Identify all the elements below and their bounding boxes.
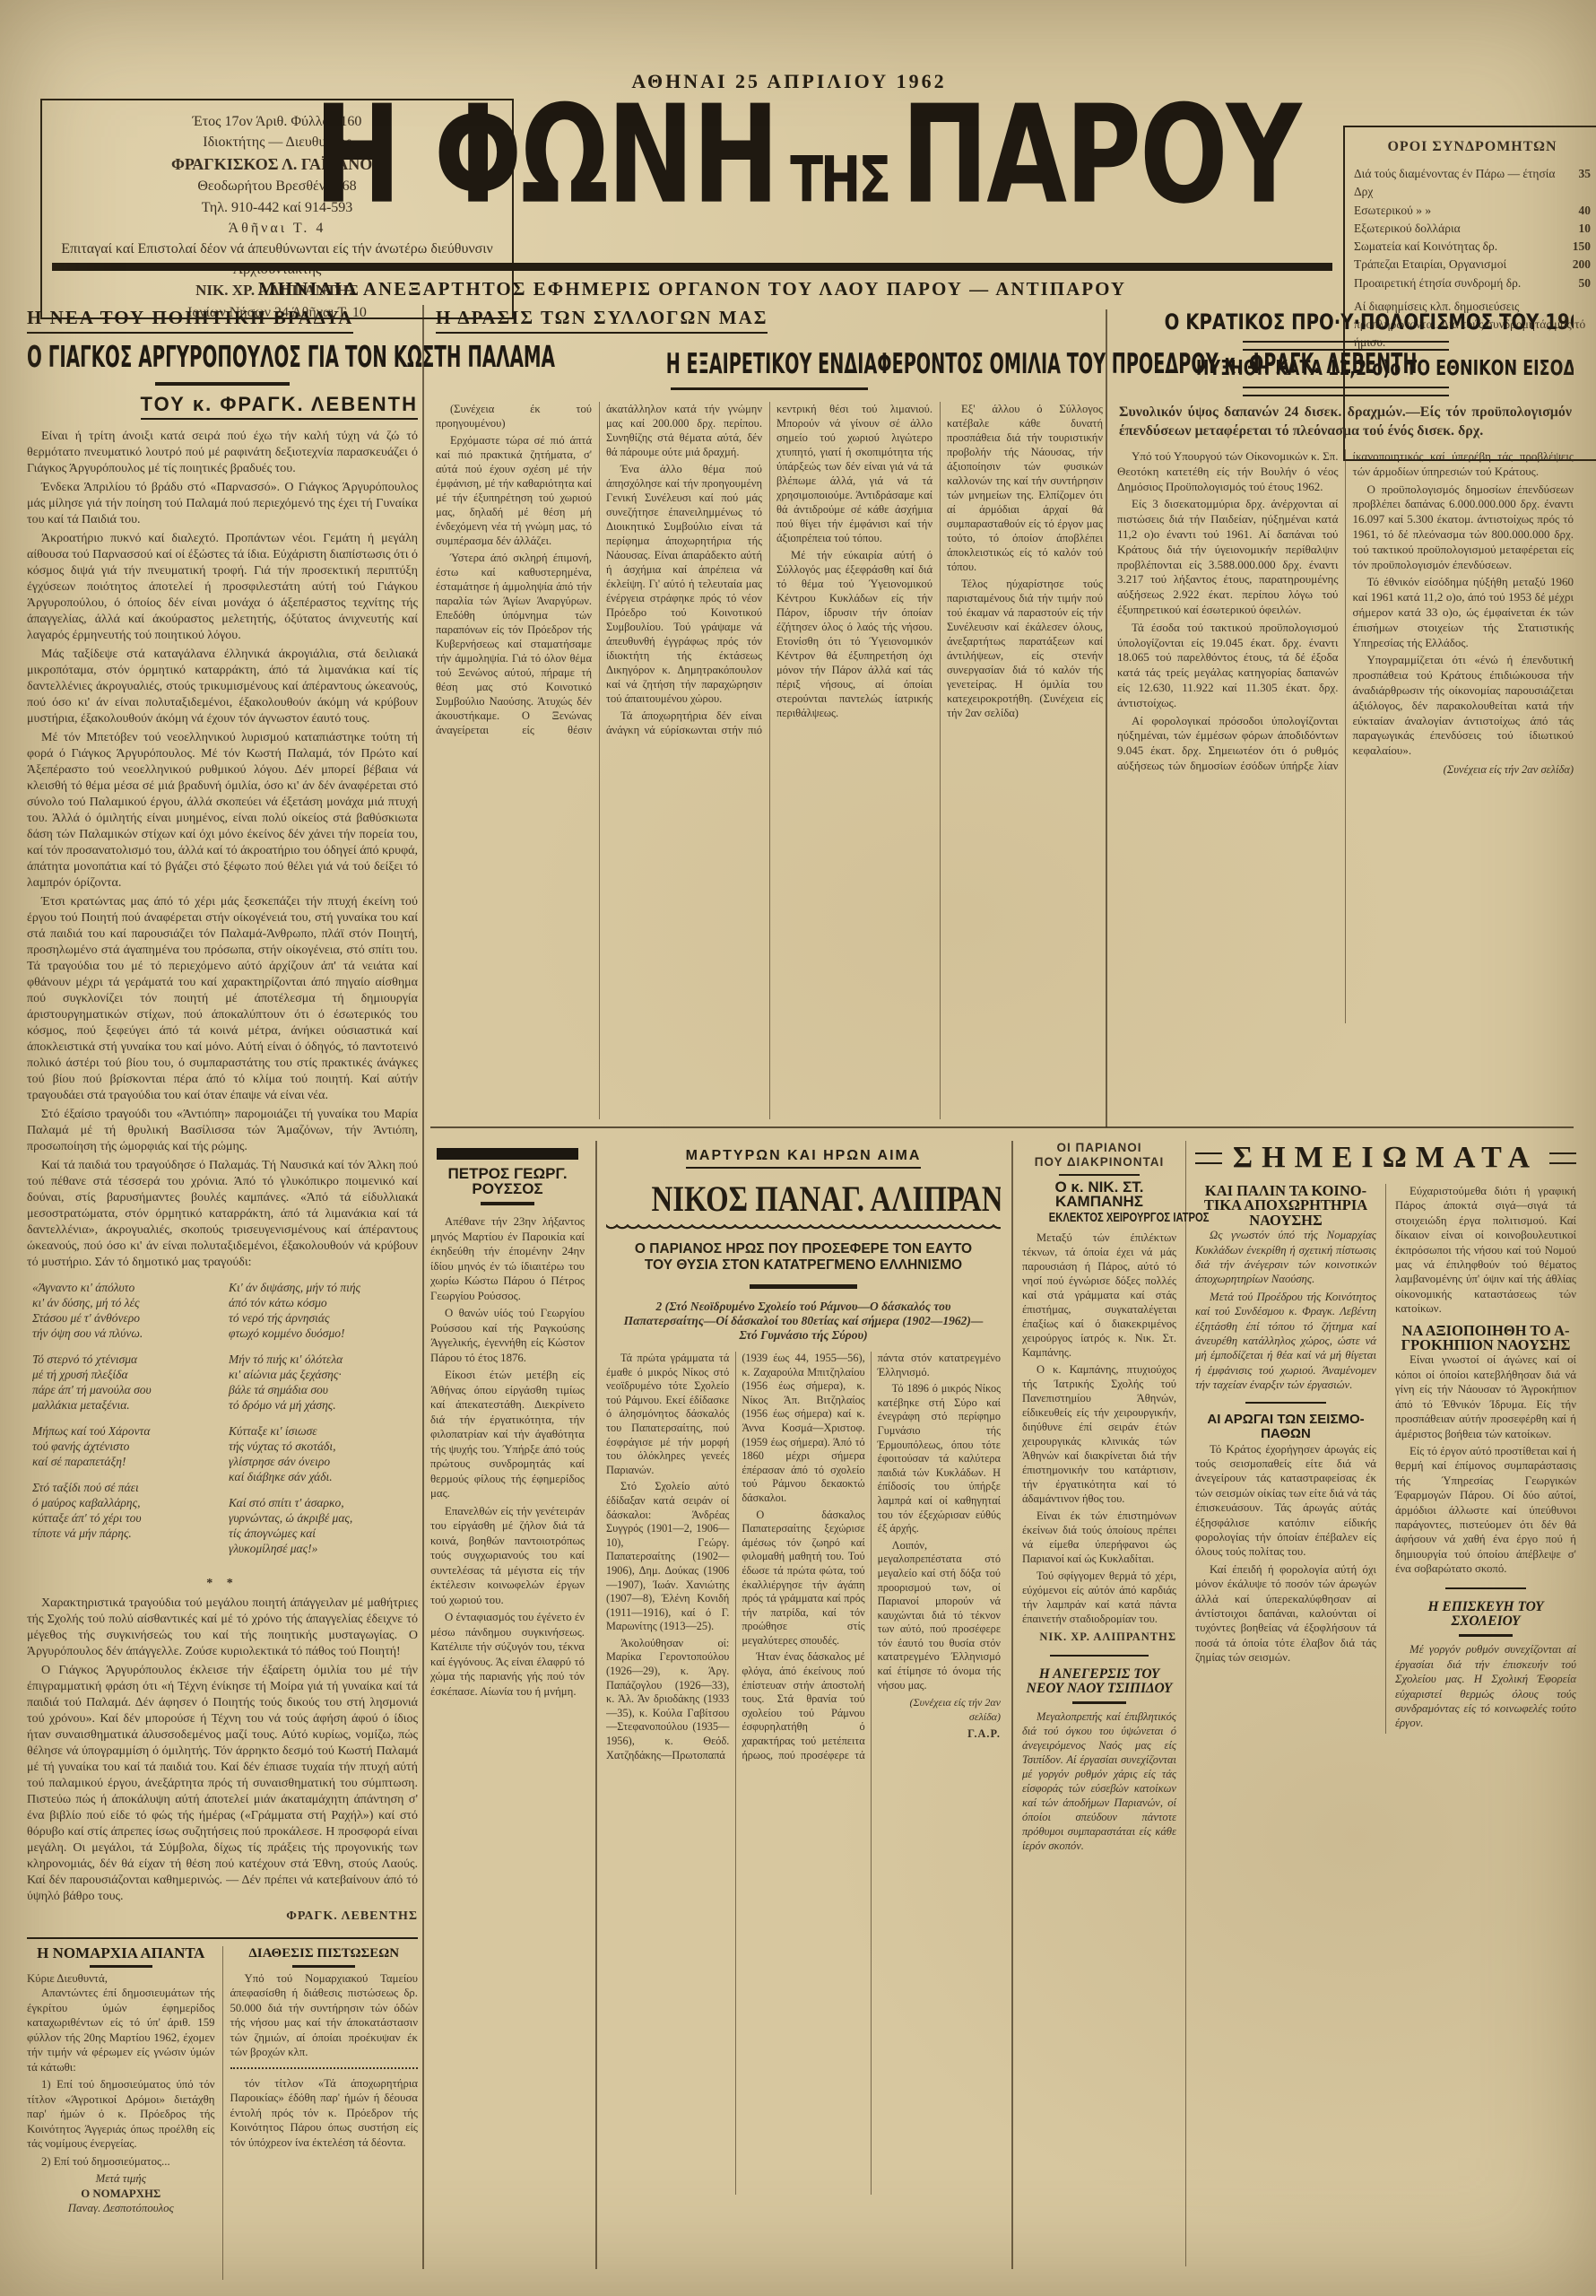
paragraph: Επανελθών είς τήν γενέτειράν του είργάσθ… <box>430 1504 585 1608</box>
simeiomata-title: ΣΗΜΕΙΩΜΑΤΑ <box>1233 1141 1539 1175</box>
subscription-row: Σωματεία καί Κοινότητας δρ.150 <box>1354 238 1591 256</box>
paragraph: Ο δάσκαλος Παπατερσαίτης ξεχώρισε άμέσως… <box>742 1509 864 1648</box>
paragraph: Ο Γιάγκος Άργυρόπουλος έκλεισε τήν έξαίρ… <box>27 1663 418 1905</box>
rule <box>481 1202 534 1205</box>
nomarchia-paragraphs: Απαντώντες έπί δημοσιευμάτων τής έγκρίτο… <box>27 1986 215 2169</box>
paragraph: Απαντώντες έπί δημοσιευμάτων τής έγκρίτο… <box>27 1986 215 2074</box>
article-hero-lead: 2 (Στό Νεοϊδρυμένο Σχολείο τού Ράμνου—Ο … <box>618 1300 989 1343</box>
paragraph: Κι' άν διψάσης, μήν τό πιής άπό τόν κάτω… <box>229 1280 412 1341</box>
paragraph: Τού σφίγγομεν θερμά τό χέρι, εύχόμενοι ε… <box>1022 1569 1176 1626</box>
note-school-title: Η ΕΠΙΣΚΕΥΗ ΤΟΥ ΣΧΟΛΕΙΟΥ <box>1395 1600 1576 1630</box>
agrokipion-paragraphs: Είναι γνωστοί οί άγώνες καί οί κόποι οί … <box>1395 1352 1576 1576</box>
poem-block: «Άγναντο κι' άπόλυτο κι' άν δύσης, μή τό… <box>32 1280 412 1567</box>
rule <box>671 387 868 390</box>
rule <box>1072 1701 1126 1704</box>
section-simeiomata: ΣΗΜΕΙΩΜΑΤΑ ΚΑΙ ΠΑΛΙΝ ΤΑ ΚΟΙΝΟ­ΤΙΚΑ ΑΠΟΧΩ… <box>1185 1141 1576 2266</box>
rule <box>1459 1634 1513 1637</box>
article-roussos-title: ΠΕΤΡΟΣ ΓΕΩΡΓ. ΡΟΥΣΣΟΣ <box>430 1167 585 1196</box>
paragraph: Είναι έκ τών έπιστημόνων έκείνων διά τού… <box>1022 1509 1176 1566</box>
paragraph: Τέλος ηύχαρίστησε τούς παρισταμένους διά… <box>947 577 1103 720</box>
article-kampanis-title: Ο κ. ΝΙΚ. ΣΤ. ΚΑΜΠΑΝΗΣ <box>1022 1180 1176 1209</box>
hero-continuation: (Συνέχεια είς τήν 2αν σελίδα) <box>878 1696 1001 1724</box>
article-kampanis-kicker: ΟΙ ΠΑΡΙΑΝΟΙ ΠΟΥ ΔΙΑΚΡΙΝΟΝΤΑΙ <box>1022 1141 1176 1170</box>
paragraph: Μέ τόν Μπετόβεν τού νεοελληνικού λυρισμο… <box>27 730 418 891</box>
paragraph: Ο θανών υίός τού Γεωργίου Ρούσσου καί τή… <box>430 1306 585 1365</box>
section-divider <box>430 1126 1574 1128</box>
left-bottom-band: Η ΝΟΜΑΡΧΙΑ ΑΠΑΝΤΑ Κύριε Διευθυντά, Απαντ… <box>27 1937 418 2280</box>
paragraph: Κύτταξε κι' ίσιωσε τής νύχτας τό σκοτάδι… <box>229 1423 412 1484</box>
column-divider <box>422 305 424 2269</box>
right-bottom-band: ΟΙ ΠΑΡΙΑΝΟΙ ΠΟΥ ΔΙΑΚΡΙΝΟΝΤΑΙ Ο κ. ΝΙΚ. Σ… <box>1022 1141 1576 2266</box>
title-part-tis: ΤΗΣ <box>790 152 889 211</box>
rule <box>1245 1402 1326 1404</box>
paragraph: Χαρακτηριστικά τραγούδια τού μεγάλου ποι… <box>27 1596 418 1660</box>
rule <box>90 1965 152 1968</box>
paragraph: Είκοσι έτών μετέβη είς Άθήνας όπου είργά… <box>430 1368 585 1501</box>
paragraph: Τό 1896 ό μικρός Νίκος κατέβηκε στή Σύρο… <box>878 1382 1001 1536</box>
double-line <box>1195 1152 1222 1164</box>
article-nomarchia: Η ΝΟΜΑΡΧΙΑ ΑΠΑΝΤΑ Κύριε Διευθυντά, Απαντ… <box>27 1946 222 2280</box>
article-palamas-headline-wrap: Ο ΓΙΑΓΚΟΣ ΑΡΓΥΡΟΠΟΥΛΟΣ ΓΙΑ ΤΟΝ ΚΩΣΤΗ ΠΑΛ… <box>27 339 418 374</box>
paragraph: Τό έθνικόν είσόδημα ηύξήθη μεταξύ 1960 κ… <box>1353 575 1574 650</box>
article-omilia-kicker: Η ΔΡΑΣΙΣ ΤΩΝ ΣΥΛΛΟΓΩΝ ΜΑΣ <box>436 307 768 334</box>
paragraph: Ο προϋπολογισμός δημοσίων έπενδύσεων προ… <box>1353 483 1574 573</box>
kampanis-paragraphs: Μεταξύ τών έπιλέκτων τέκνων, τά όποία έχ… <box>1022 1231 1176 1626</box>
newspaper-front-page: Έτος 17ον Άριθ. Φύλλου 160 Ιδιοκτήτης — … <box>0 0 1596 2296</box>
article-budget-headline2: ΗΥΞΗΘΗ ΚΑΤΑ 11,2 ο)ο ΤΟ ΕΘΝΙΚΟΝ ΕΙΣΟΔΗΜΑ… <box>1196 357 1574 380</box>
paragraph: Μεταξύ τών έπιλέκτων τέκνων, τά όποία έχ… <box>1022 1231 1176 1360</box>
double-rule <box>1243 341 1449 351</box>
paragraph: Ερχόμαστε τώρα σέ πιό άπτά καί πιό πρακτ… <box>436 433 592 548</box>
note-arogai-title: ΑΙ ΑΡΩΓΑΙ ΤΩΝ ΣΕΙΣΜΟ­ΠΑΘΩΝ <box>1195 1413 1376 1442</box>
paragraph: 1) Επί τού δημοσιεύματος ύπό τόν τίτλον … <box>27 2077 215 2152</box>
section-break-stars: * * <box>27 1576 418 1592</box>
paragraph: Απέθανε τήν 23ην λήξαντος μηνός Μαρτίου … <box>430 1214 585 1303</box>
note-agrokipion-title: ΝΑ ΑΞΙΟΠΟΙΗΘΗ ΤΟ Α­ΓΡΟΚΗΠΙΟΝ ΝΑΟΥ­ΣΗΣ <box>1395 1324 1576 1353</box>
paragraph: (Συνέχεια έκ τού προηγουμένου) <box>436 402 592 430</box>
pistoseis-paragraphs: Υπό τού Νομαρχιακού Ταμείου άπεφασίσθη ή… <box>230 1971 419 2060</box>
apoxoritiria-paragraphs: Ως γνωστόν ύπό τής Νομαρχίας Κυκλάδων έν… <box>1195 1228 1376 1392</box>
article-hero-signature: Γ.Α.Ρ. <box>878 1727 1001 1742</box>
paragraph: Τά πρώτα γράμματα τά έμαθε ό μικρός Νίκο… <box>606 1352 729 1477</box>
article-omilia-body: (Συνέχεια έκ τού προηγουμένου)Ερχόμαστε … <box>436 402 1103 1119</box>
article-palamas-byline: ΤΟΥ κ. ΦΡΑΓΚ. ΛΕΒΕΝΤΗ <box>141 393 418 420</box>
paragraph: Μήπως καί τού Χάροντα τού φανής άχτένιστ… <box>32 1423 216 1469</box>
rule <box>155 382 290 386</box>
nomarchia-salutation: Κύριε Διευθυντά, <box>27 1971 215 1987</box>
wavy-rule <box>606 1223 1001 1234</box>
article-omilia-kicker-wrap: Η ΔΡΑΣΙΣ ΤΩΝ ΣΥΛΛΟΓΩΝ ΜΑΣ <box>436 307 1103 334</box>
article-budget-headline1: Ο ΚΡΑΤΙΚΟΣ ΠΡΟ·Υ·ΠΟΛΟΓΙΣΜΟΣ ΤΟΥ 1962 <box>1165 309 1574 335</box>
paragraph: Είναι γνωστοί οί άγώνες καί οί κόποι οί … <box>1395 1352 1576 1440</box>
newspaper-title: Η ΦΩΝΗ ΤΗΣ ΠΑΡΟΥ <box>287 126 1327 260</box>
rule <box>1445 1587 1526 1589</box>
paragraph: Υπό τού Υπουργού τών Οίκονομικών κ. Σπ. … <box>1117 449 1339 494</box>
newspaper-subtitle: ΜΗΝΙΑΙΑ ΑΝΕΞΑΡΤΗΤΟΣ ΕΦΗΜΕΡΙΣ ΟΡΓΑΝΟΝ ΤΟΥ… <box>52 278 1332 300</box>
paragraph: «Άγναντο κι' άπόλυτο κι' άν δύσης, μή τό… <box>32 1280 216 1341</box>
column-divider <box>1106 309 1107 1127</box>
paragraph: Είς τό έργον αύτό προστίθεται καί ή θερμ… <box>1395 1444 1576 1577</box>
article-hero-body: Τά πρώτα γράμματα τά έμαθε ό μικρός Νίκο… <box>606 1352 1001 2195</box>
article-palamas-paragraphs: Χαρακτηριστικά τραγούδια τού μεγάλου ποι… <box>27 1596 418 1905</box>
paragraph: 2) Επί τού δημοσιεύματος... <box>27 2154 215 2170</box>
article-kampanis-subtitle: ΕΚΛΕΚΤΟΣ ΧΕΙΡΟΥΡΓΟΣ ΙΑΤΡΟΣ <box>1049 1211 1210 1225</box>
paragraph: Στό ταξίδι πού σέ πάει ό μαύρος καβαλλάρ… <box>32 1480 216 1541</box>
double-line <box>1549 1152 1576 1164</box>
title-part-b: ΠΑΡΟΥ <box>901 100 1299 211</box>
paragraph: Έτσι κρατώντας μας άπό τό χέρι μάς ξεσκε… <box>27 894 418 1104</box>
column-divider <box>595 1141 597 2269</box>
paragraph: Εξ' άλλου ό Σύλλογος κατέβαλε κάθε δυνατ… <box>947 402 1103 574</box>
rule <box>750 1284 857 1289</box>
nomarchia-office: Ο ΝΟΜΑΡΧΗΣ <box>27 2187 215 2202</box>
article-hero: ΜΑΡΤΥΡΩΝ ΚΑΙ ΗΡΩΝ ΑΙΜΑ ΝΙΚΟΣ ΠΑΝΑΓ. ΑΛΙΠ… <box>606 1148 1001 2265</box>
paragraph: Άκροατήριο πυκνό καί διαλεχτό. Προπάντων… <box>27 531 418 644</box>
subscription-row: Εσωτερικού » »40 <box>1354 202 1591 220</box>
paragraph: Καί στό σπίτι τ' άσαρκο, γυρνώντας, ώ άκ… <box>229 1495 412 1556</box>
title-part-a: Η ΦΩΝΗ <box>314 100 777 211</box>
poem-left-column: «Άγναντο κι' άπόλυτο κι' άν δύσης, μή τό… <box>32 1280 216 1567</box>
paragraph: Καί τά παιδιά του τραγούδησε ό Παλαμάς. … <box>27 1158 418 1271</box>
paragraph: Μάς ταξίδεψε στά καταγάλανα έλληνικά άκρ… <box>27 647 418 727</box>
rule <box>1050 1655 1149 1657</box>
article-palamas-kicker: Η ΝΕΑ ΤΟΥ ΠΟΙΗΤΙΚΗ ΒΡΑΔΥΑ <box>27 307 353 334</box>
paragraph: Ο ένταφιασμός του έγένετο έν μέσω πάνδημ… <box>430 1610 585 1699</box>
article-tsipidou-title: Η ΑΝΕΓΕΡΣΙΣ ΤΟΥ ΝΕΟΥ ΝΑΟΥ ΤΣΙΠΙΔΟΥ <box>1022 1667 1176 1696</box>
paragraph: Εύχαριστούμεθα διότι ή γραφική Πάρος άπο… <box>1395 1184 1576 1317</box>
article-palamas-kicker-wrap: Η ΝΕΑ ΤΟΥ ΠΟΙΗΤΙΚΗ ΒΡΑΔΥΑ <box>27 307 418 334</box>
poem-right-column: Κι' άν διψάσης, μήν τό πιής άπό τόν κάτω… <box>229 1280 412 1567</box>
dotted-divider <box>230 2067 419 2069</box>
masthead-rule <box>52 263 1332 271</box>
paragraph: Μήν τό πιής κι' όλότελα κι' αίώνια μάς ξ… <box>229 1352 412 1413</box>
article-omilia-headline-wrap: Η ΕΞΑΙΡΕΤΙΚΟΥ ΕΝΔΙΑΦΕΡΟΝΤΟΣ ΟΜΙΛΙΑ ΤΟΥ Π… <box>436 348 1103 397</box>
rule <box>1059 1174 1140 1176</box>
subscription-rows: Διά τούς διαμένοντας έν Πάρω — έτησία Δρ… <box>1354 165 1591 292</box>
paragraph: Στό Σχολείο αύτό έδίδαξαν κατά σειράν οί… <box>606 1480 729 1634</box>
subscription-row: Διά τούς διαμένοντας έν Πάρω — έτησία Δρ… <box>1354 165 1591 202</box>
paragraph: Τό Κράτος έχορήγησεν άρωγάς είς τούς σει… <box>1195 1442 1376 1560</box>
paragraph: Ένα άλλο θέμα πού άπησχόλησε καί τήν προ… <box>606 462 762 706</box>
nomarchia-name: Παναγ. Δεσποτόπουλος <box>27 2201 215 2216</box>
note-apoxoritiria-title: ΚΑΙ ΠΑΛΙΝ ΤΑ ΚΟΙΝΟ­ΤΙΚΑ ΑΠΟΧΩΡΗΤΗ­ΡΙΑ ΝΑ… <box>1195 1184 1376 1228</box>
tsipidou-paragraphs: Μεγαλοπρεπής καί έπιβλητικός διά τού όγκ… <box>1022 1709 1176 1853</box>
simeiomata-col-right: Εύχαριστούμεθα διότι ή γραφική Πάρος άπο… <box>1385 1184 1576 1734</box>
paragraph: Μέ τήν εύκαιρία αύτή ό Σύλλογός μας έξεφ… <box>776 548 932 720</box>
article-hero-subhead: Ο ΠΑΡΙΑΝΟΣ ΗΡΩΣ ΠΟΥ ΠΡΟΣΕΦΕΡΕ ΤΟΝ ΕΑΥΤΟ … <box>634 1241 973 1274</box>
article-kampanis: ΟΙ ΠΑΡΙΑΝΟΙ ΠΟΥ ΔΙΑΚΡΙΝΟΝΤΑΙ Ο κ. ΝΙΚ. Σ… <box>1022 1141 1176 2266</box>
pistoseis-continuation: τόν τίτλον «Τά άποχωρητήρια Παροικίας» έ… <box>230 2076 419 2151</box>
black-bar <box>437 1148 578 1160</box>
article-nomarchia-title: Η ΝΟΜΑΡΧΙΑ ΑΠΑΝΤΑ <box>27 1946 215 1961</box>
paragraph: τόν τίτλον «Τά άποχωρητήρια Παροικίας» έ… <box>230 2076 419 2151</box>
paragraph: Ένδεκα Άπριλίου τό βράδυ στό «Παρνασσό».… <box>27 480 418 528</box>
paragraph: Μετά τού Προέδρου τής Κοινότητος καί τού… <box>1195 1290 1376 1393</box>
roussos-paragraphs: Απέθανε τήν 23ην λήξαντος μηνός Μαρτίου … <box>430 1214 585 1699</box>
budget-paragraphs: Υπό τού Υπουργού τών Οίκονομικών κ. Σπ. … <box>1117 449 1574 778</box>
paragraph: Είναι ή τρίτη άνοιξι κατά σειρά πού έχω … <box>27 429 418 477</box>
article-roussos: ΠΕΤΡΟΣ ΓΕΩΡΓ. ΡΟΥΣΣΟΣ Απέθανε τήν 23ην λ… <box>430 1148 585 2265</box>
nomarchia-closing: Μετά τιμής <box>27 2171 215 2187</box>
article-palamas-signature: ΦΡΑΓΚ. ΛΕΒΕΝΤΗΣ <box>27 1909 418 1925</box>
article-hero-kicker: ΜΑΡΤΥΡΩΝ ΚΑΙ ΗΡΩΝ ΑΙΜΑ <box>686 1148 922 1169</box>
article-palamas-byline-wrap: ΤΟΥ κ. ΦΡΑΓΚ. ΛΕΒΕΝΤΗ <box>27 375 418 420</box>
article-kampanis-signature: ΝΙΚ. ΧΡ. ΑΛΙΠΡΑΝΤΗΣ <box>1022 1630 1176 1644</box>
subscription-row: Εξωτερικού δολλάρια10 <box>1354 220 1591 238</box>
arogai-paragraphs: Τό Κράτος έχορήγησεν άρωγάς είς τούς σει… <box>1195 1442 1376 1665</box>
article-pistoseis: ΔΙΑΘΕΣΙΣ ΠΙΣΤΩΣΕΩΝ Υπό τού Νομαρχιακού Τ… <box>222 1946 419 2280</box>
article-hero-headline: ΝΙΚΟΣ ΠΑΝΑΓ. ΑΛΙΠΡΑΝΤΗΣ <box>652 1178 1001 1220</box>
paragraph: Τά έσοδα τού τακτικού προϋπολογισμού ύπο… <box>1117 621 1339 711</box>
paragraph: Ο κ. Καμπάνης, πτυχιούχος τής Ίατρικής Σ… <box>1022 1362 1176 1506</box>
apoxoritiria-continuation: Εύχαριστούμεθα διότι ή γραφική Πάρος άπο… <box>1395 1184 1576 1317</box>
simeiomata-banner: ΣΗΜΕΙΩΜΑΤΑ <box>1195 1141 1576 1175</box>
article-palamas-body: Είναι ή τρίτη άνοιξι κατά σειρά πού έχω … <box>27 429 418 1928</box>
article-budget-lead: Συνολικόν ύψος δαπανών 24 δισεκ. δραχμών… <box>1119 403 1572 440</box>
paragraph: Ως γνωστόν ύπό τής Νομαρχίας Κυκλάδων έν… <box>1195 1228 1376 1287</box>
article-budget: Ο ΚΡΑΤΙΚΟΣ ΠΡΟ·Υ·ΠΟΛΟΓΙΣΜΟΣ ΤΟΥ 1962 ΗΥΞ… <box>1117 309 1574 1121</box>
column-divider <box>1011 1141 1013 2269</box>
paragraph: Τό στερνό τό χτένισμα μέ τή χρυσή πλεξίδ… <box>32 1352 216 1413</box>
article-pistoseis-title: ΔΙΑΘΕΣΙΣ ΠΙΣΤΩΣΕΩΝ <box>230 1946 419 1961</box>
paragraph: Μεγαλοπρεπής καί έπιβλητικός διά τού όγκ… <box>1022 1709 1176 1853</box>
paragraph: Μέ γοργόν ρυθμόν συνεχίζονται αί έργασία… <box>1395 1642 1576 1730</box>
double-rule <box>1243 387 1449 396</box>
article-budget-body: Υπό τού Υπουργού τών Οίκονομικών κ. Σπ. … <box>1117 449 1574 1023</box>
simeiomata-columns: ΚΑΙ ΠΑΛΙΝ ΤΑ ΚΟΙΝΟ­ΤΙΚΑ ΑΠΟΧΩΡΗΤΗ­ΡΙΑ ΝΑ… <box>1195 1184 1576 1734</box>
paragraph: Καί έπειδή ή φορολογία αύτή όχι μόνον έκ… <box>1195 1562 1376 1665</box>
article-palamas-paragraphs: Είναι ή τρίτη άνοιξι κατά σειρά πού έχω … <box>27 429 418 1271</box>
rule <box>292 1965 355 1968</box>
paragraph: Στό έξαίσιο τραγούδι του «Άντιόπη» παρομ… <box>27 1107 418 1155</box>
omilia-paragraphs: (Συνέχεια έκ τού προηγουμένου)Ερχόμαστε … <box>436 402 1103 737</box>
subscription-row: Προαιρετική έτησία συνδρομή δρ.50 <box>1354 274 1591 292</box>
paragraph: Υπογραμμίζεται ότι «ένώ ή έπενδυτική προ… <box>1353 653 1574 759</box>
paragraph: Είς 3 δισεκατομμύρια δρχ. άνέρχονται αί … <box>1117 497 1339 617</box>
paragraph: Λοιπόν, μεγαλοπρεπέστατα στό μεγαλείο κα… <box>878 1539 1001 1693</box>
budget-continuation: (Συνέχεια είς τήν 2αν σελίδα) <box>1353 762 1574 778</box>
simeiomata-col-left: ΚΑΙ ΠΑΛΙΝ ΤΑ ΚΟΙΝΟ­ΤΙΚΑ ΑΠΟΧΩΡΗΤΗ­ΡΙΑ ΝΑ… <box>1195 1184 1376 1734</box>
paragraph: Υπό τού Νομαρχιακού Ταμείου άπεφασίσθη ή… <box>230 1971 419 2060</box>
subscription-title: ΟΡΟΙ ΣΥΝΔΡΟΜΗΤΩΝ <box>1354 136 1591 158</box>
subscription-row: Τράπεζαι Εταιρίαι, Οργανισμοί200 <box>1354 256 1591 274</box>
school-paragraphs: Μέ γοργόν ρυθμόν συνεχίζονται αί έργασία… <box>1395 1642 1576 1730</box>
